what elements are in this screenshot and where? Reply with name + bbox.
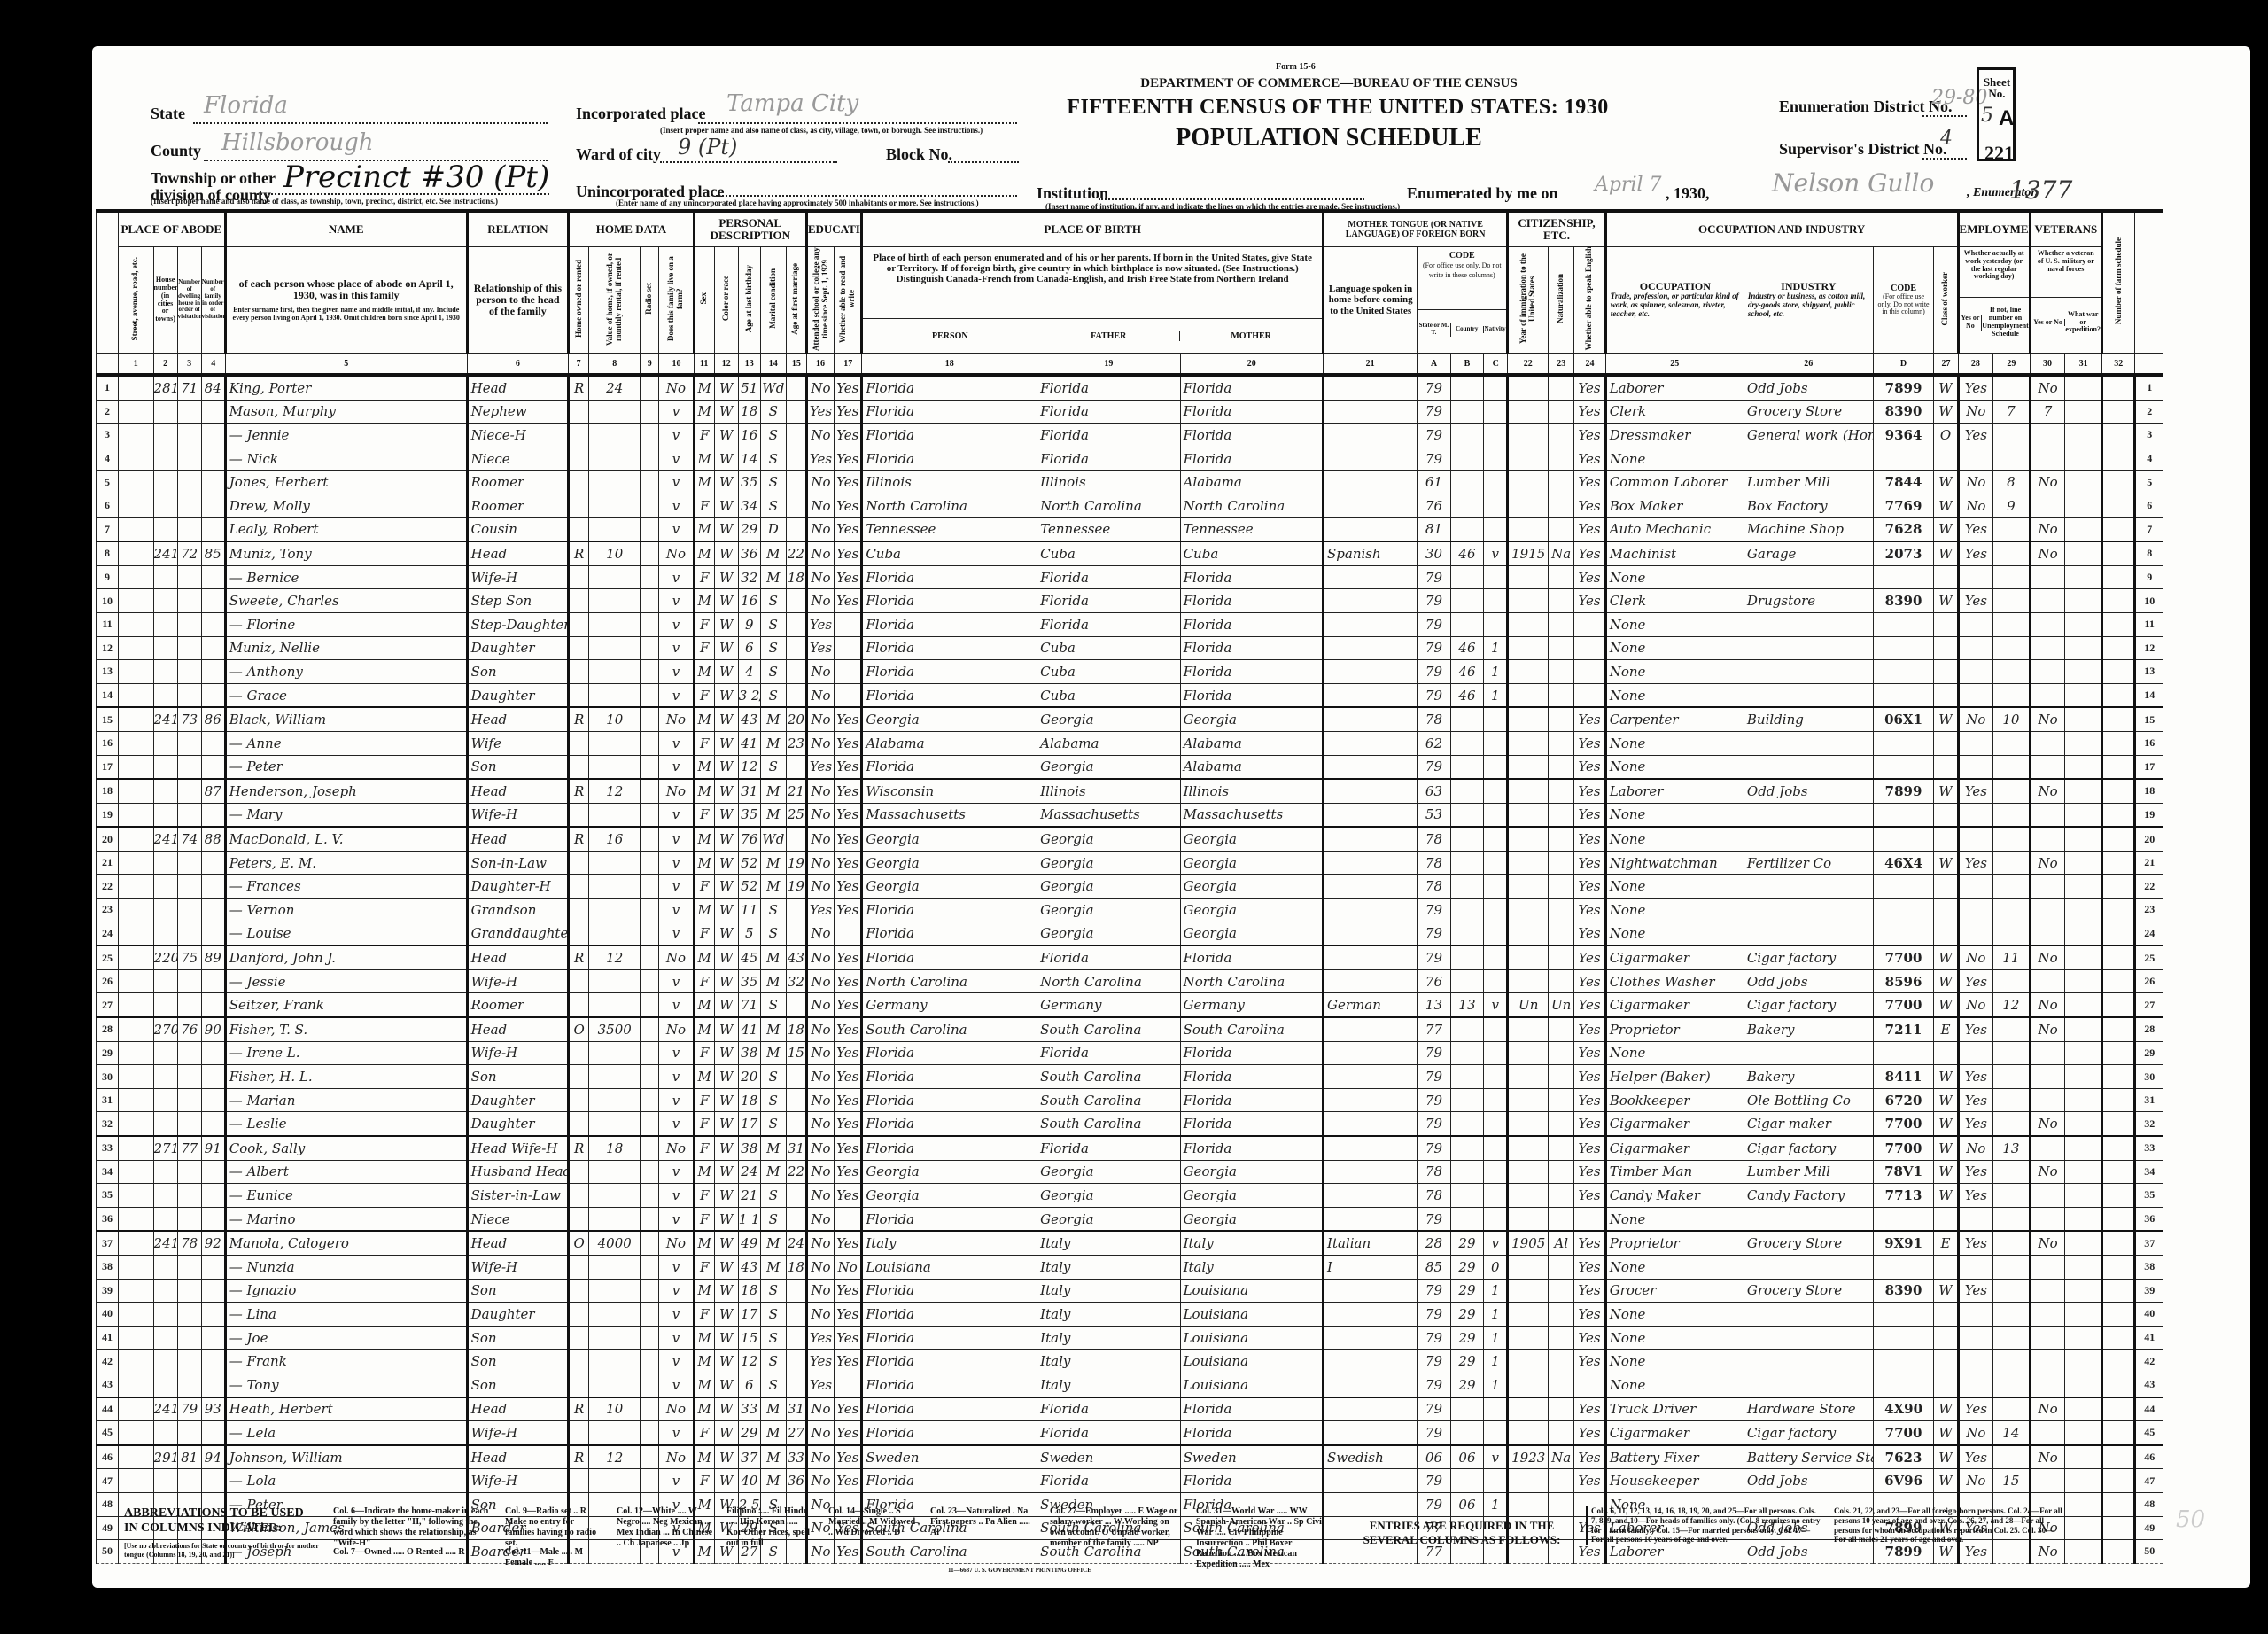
cell-emp-line bbox=[1993, 1279, 2031, 1303]
right-line-number: 44 bbox=[2135, 1397, 2163, 1421]
cell-radio bbox=[641, 779, 659, 803]
cell-family bbox=[201, 400, 225, 424]
cell-house bbox=[153, 803, 177, 827]
cell-owned: R bbox=[569, 779, 589, 803]
cell-name: — Anthony bbox=[225, 660, 467, 684]
cell-house bbox=[153, 1350, 177, 1373]
cell-language bbox=[1324, 612, 1417, 636]
cell-school: No bbox=[806, 1397, 834, 1421]
cell-mother: Alabama bbox=[1180, 731, 1323, 755]
cell-age-marriage bbox=[786, 755, 806, 779]
cell-language bbox=[1324, 1469, 1417, 1493]
cell-code-c: 1 bbox=[1484, 1303, 1508, 1327]
cell-class bbox=[1934, 565, 1958, 589]
cell-owned bbox=[569, 636, 589, 660]
age-first-marriage-header: Age at first marriage bbox=[791, 263, 800, 335]
cell-father: Georgia bbox=[1037, 922, 1180, 945]
radio-header: Radio set bbox=[645, 283, 654, 315]
cell-age: 18 bbox=[738, 1088, 760, 1112]
census-row: 26— JessieWife-HvFW35M32NoYesNorth Carol… bbox=[97, 969, 2163, 993]
cell-farm: v bbox=[659, 993, 695, 1017]
cell-immigration bbox=[1508, 1469, 1549, 1493]
cell-name: Black, William bbox=[225, 707, 467, 731]
cell-class: W bbox=[1934, 589, 1958, 613]
right-line-number: 19 bbox=[2135, 803, 2163, 827]
cell-sex: F bbox=[694, 1088, 714, 1112]
cell-read: Yes bbox=[835, 1445, 862, 1469]
cell-industry bbox=[1744, 731, 1873, 755]
cell-emp-line: 9 bbox=[1993, 494, 2031, 517]
cell-father: Italy bbox=[1037, 1279, 1180, 1303]
cell-sex: M bbox=[694, 471, 714, 494]
line-number: 4 bbox=[97, 447, 119, 471]
cell-immigration bbox=[1508, 375, 1549, 400]
cell-emp-line bbox=[1993, 660, 2031, 684]
farm-schedule-header: Number of farm schedule bbox=[2115, 237, 2124, 324]
cell-age: 35 bbox=[738, 803, 760, 827]
cell-naturalization bbox=[1549, 1160, 1574, 1184]
cell-farm-sched bbox=[2101, 1136, 2134, 1160]
cell-farm-sched bbox=[2101, 517, 2134, 541]
line-number: 21 bbox=[97, 851, 119, 875]
cell-owned bbox=[569, 993, 589, 1017]
cell-school: No bbox=[806, 660, 834, 684]
cell-name: Manola, Calogero bbox=[225, 1231, 467, 1255]
cell-age: 3 2/12 bbox=[738, 683, 760, 707]
col31-note: Col. 31—World War ..... WW Spanish-Ameri… bbox=[1196, 1506, 1329, 1570]
cell-dwelling bbox=[177, 1303, 201, 1327]
ward-line bbox=[660, 161, 837, 163]
cell-family bbox=[201, 875, 225, 899]
incorporated-line bbox=[698, 122, 1017, 124]
right-line-number: 11 bbox=[2135, 612, 2163, 636]
cell-father: Florida bbox=[1037, 565, 1180, 589]
cell-language bbox=[1324, 969, 1417, 993]
cell-dwelling bbox=[177, 683, 201, 707]
cell-farm: v bbox=[659, 494, 695, 517]
cell-age-marriage: 25 bbox=[786, 803, 806, 827]
cell-value bbox=[589, 1303, 641, 1327]
cell-street bbox=[118, 1017, 153, 1041]
line-number: 7 bbox=[97, 517, 119, 541]
cell-english: Yes bbox=[1574, 424, 1605, 447]
cell-race: W bbox=[714, 424, 738, 447]
cell-language bbox=[1324, 1303, 1417, 1327]
cell-vet-war bbox=[2065, 1136, 2102, 1160]
cell-dwelling bbox=[177, 993, 201, 1017]
line-number: 42 bbox=[97, 1350, 119, 1373]
cell-code-a: 78 bbox=[1417, 851, 1450, 875]
cell-code-c: 1 bbox=[1484, 683, 1508, 707]
cell-emp-line bbox=[1993, 875, 2031, 899]
cell-read: Yes bbox=[835, 1303, 862, 1327]
line-number: 31 bbox=[97, 1088, 119, 1112]
cell-birth: Georgia bbox=[862, 1184, 1037, 1208]
cell-language bbox=[1324, 424, 1417, 447]
cell-street bbox=[118, 731, 153, 755]
cell-vet: No bbox=[2030, 945, 2065, 969]
cell-family bbox=[201, 1350, 225, 1373]
cell-class: W bbox=[1934, 1445, 1958, 1469]
cell-vet-war bbox=[2065, 375, 2102, 400]
cell-age: 33 bbox=[738, 1397, 760, 1421]
cell-name: — Peter bbox=[225, 755, 467, 779]
cell-read: Yes bbox=[835, 1112, 862, 1136]
cell-class: W bbox=[1934, 400, 1958, 424]
cell-emp-line bbox=[1993, 1231, 2031, 1255]
cell-age-marriage bbox=[786, 1373, 806, 1397]
cell-vet bbox=[2030, 1373, 2065, 1397]
cell-value: 10 bbox=[589, 707, 641, 731]
cell-vet-war bbox=[2065, 1445, 2102, 1469]
cell-occupation: None bbox=[1605, 1350, 1744, 1373]
cell-farm-sched bbox=[2101, 875, 2134, 899]
cell-vet bbox=[2030, 1207, 2065, 1231]
cell-dwelling bbox=[177, 447, 201, 471]
line-number: 39 bbox=[97, 1279, 119, 1303]
cell-name: Fisher, H. L. bbox=[225, 1065, 467, 1089]
cell-name: Fisher, T. S. bbox=[225, 1017, 467, 1041]
cell-name: Sweete, Charles bbox=[225, 589, 467, 613]
cell-read bbox=[835, 683, 862, 707]
cell-naturalization bbox=[1549, 851, 1574, 875]
cell-naturalization: Na bbox=[1549, 541, 1574, 565]
cell-birth: Florida bbox=[862, 400, 1037, 424]
cell-naturalization: Na bbox=[1549, 1445, 1574, 1469]
cell-radio bbox=[641, 424, 659, 447]
cell-house bbox=[153, 589, 177, 613]
column-number: 29 bbox=[1993, 354, 2031, 376]
cell-read: Yes bbox=[835, 1184, 862, 1208]
war-header: What war or expedition? bbox=[2065, 311, 2101, 334]
cell-mother: Florida bbox=[1180, 1397, 1323, 1421]
line-number: 46 bbox=[97, 1445, 119, 1469]
cell-sex: M bbox=[694, 660, 714, 684]
cell-dwelling bbox=[177, 1065, 201, 1089]
cell-street bbox=[118, 1303, 153, 1327]
cell-emp bbox=[1958, 636, 1993, 660]
cell-birth: Georgia bbox=[862, 827, 1037, 851]
person-header: PERSON bbox=[863, 331, 1037, 341]
cell-naturalization bbox=[1549, 779, 1574, 803]
cell-read: Yes bbox=[835, 1326, 862, 1350]
cell-dwelling bbox=[177, 1350, 201, 1373]
cell-father: Florida bbox=[1037, 1397, 1180, 1421]
cell-naturalization bbox=[1549, 447, 1574, 471]
cell-marital: M bbox=[760, 875, 786, 899]
cell-farm: v bbox=[659, 471, 695, 494]
cell-dwelling bbox=[177, 1373, 201, 1397]
cell-emp-line bbox=[1993, 683, 2031, 707]
cell-occupation: Nightwatchman bbox=[1605, 851, 1744, 875]
cell-name: — Grace bbox=[225, 683, 467, 707]
cell-owned: R bbox=[569, 707, 589, 731]
sheet-side: A bbox=[1999, 106, 2014, 131]
cell-father: North Carolina bbox=[1037, 969, 1180, 993]
cell-occupation: Dressmaker bbox=[1605, 424, 1744, 447]
cell-industry: Odd Jobs bbox=[1744, 375, 1873, 400]
census-row: 16— AnneWifevFW41M23NoYesAlabamaAlabamaA… bbox=[97, 731, 2163, 755]
cell-house: 2917 bbox=[153, 1445, 177, 1469]
cell-read: Yes bbox=[835, 1160, 862, 1184]
cell-marital: S bbox=[760, 1303, 786, 1327]
cell-code-d: 8390 bbox=[1873, 589, 1934, 613]
cell-family bbox=[201, 899, 225, 922]
cell-industry: Cigar factory bbox=[1744, 993, 1873, 1017]
cell-street bbox=[118, 1184, 153, 1208]
cell-code-c bbox=[1484, 447, 1508, 471]
column-number: 10 bbox=[659, 354, 695, 376]
cell-age-marriage bbox=[786, 471, 806, 494]
cell-code-c: 1 bbox=[1484, 1373, 1508, 1397]
cell-occupation: None bbox=[1605, 447, 1744, 471]
cell-vet-war bbox=[2065, 1255, 2102, 1279]
census-row: 2522047589Danford, John J.HeadR12NoMW45M… bbox=[97, 945, 2163, 969]
cell-code-a: 79 bbox=[1417, 612, 1450, 636]
place-of-abode-header: PLACE OF ABODE bbox=[118, 211, 225, 247]
cell-value: 10 bbox=[589, 541, 641, 565]
cell-emp-line bbox=[1993, 827, 2031, 851]
cell-language bbox=[1324, 1184, 1417, 1208]
cell-street bbox=[118, 1255, 153, 1279]
cell-occupation: None bbox=[1605, 612, 1744, 636]
cell-family bbox=[201, 993, 225, 1017]
cell-age: 9 bbox=[738, 612, 760, 636]
cell-father: South Carolina bbox=[1037, 1017, 1180, 1041]
cell-code-d: 6V96 bbox=[1873, 1469, 1934, 1493]
cell-street bbox=[118, 993, 153, 1017]
unemployment-line-header: If not, line number on Unemployment Sche… bbox=[1982, 307, 2028, 338]
cell-dwelling bbox=[177, 779, 201, 803]
cell-value: 12 bbox=[589, 945, 641, 969]
employment-yes-no-header: Yes or No bbox=[1960, 315, 1983, 331]
cell-street bbox=[118, 1350, 153, 1373]
cell-code-c: 0 bbox=[1484, 1255, 1508, 1279]
cell-owned bbox=[569, 1041, 589, 1065]
cell-emp bbox=[1958, 1207, 1993, 1231]
cell-english: Yes bbox=[1574, 1160, 1605, 1184]
cell-emp bbox=[1958, 755, 1993, 779]
cell-class: W bbox=[1934, 1160, 1958, 1184]
cell-school: No bbox=[806, 1421, 834, 1445]
cell-age: 40 bbox=[738, 1469, 760, 1493]
cell-vet-war bbox=[2065, 779, 2102, 803]
cell-name: — Anne bbox=[225, 731, 467, 755]
cell-family bbox=[201, 1041, 225, 1065]
cell-vet bbox=[2030, 827, 2065, 851]
cell-age-marriage bbox=[786, 1112, 806, 1136]
cell-name: Johnson, William bbox=[225, 1445, 467, 1469]
right-line-col-header bbox=[2135, 211, 2163, 354]
cell-school: No bbox=[806, 1112, 834, 1136]
cell-vet: No bbox=[2030, 993, 2065, 1017]
cell-vet-war bbox=[2065, 683, 2102, 707]
right-line-number: 24 bbox=[2135, 922, 2163, 945]
unincorporated-note: (Enter name of any unincorporated place … bbox=[616, 198, 979, 207]
cell-house bbox=[153, 1112, 177, 1136]
cell-age-marriage bbox=[786, 1303, 806, 1327]
cell-english: Yes bbox=[1574, 1065, 1605, 1089]
cell-school: No bbox=[806, 1207, 834, 1231]
cell-code-d bbox=[1873, 660, 1934, 684]
cell-value bbox=[589, 875, 641, 899]
cell-vet-war bbox=[2065, 565, 2102, 589]
line-number: 17 bbox=[97, 755, 119, 779]
cell-marital: M bbox=[760, 779, 786, 803]
cell-occupation: Timber Man bbox=[1605, 1160, 1744, 1184]
cell-sex: M bbox=[694, 1445, 714, 1469]
cell-sex: M bbox=[694, 755, 714, 779]
cell-industry: Cigar factory bbox=[1744, 1136, 1873, 1160]
cell-age: 36 bbox=[738, 541, 760, 565]
right-line-number: 31 bbox=[2135, 1088, 2163, 1112]
right-line-number: 22 bbox=[2135, 875, 2163, 899]
cell-language bbox=[1324, 731, 1417, 755]
cell-family bbox=[201, 447, 225, 471]
cell-family: 94 bbox=[201, 1445, 225, 1469]
cell-relation: Head bbox=[467, 541, 569, 565]
cell-mother: Georgia bbox=[1180, 1160, 1323, 1184]
cell-owned bbox=[569, 447, 589, 471]
cell-farm-sched bbox=[2101, 1041, 2134, 1065]
right-line-number: 33 bbox=[2135, 1136, 2163, 1160]
veterans-header: VETERANS bbox=[2030, 211, 2101, 247]
cell-dwelling bbox=[177, 1207, 201, 1231]
cell-race: W bbox=[714, 1373, 738, 1397]
cell-race: W bbox=[714, 1421, 738, 1445]
cell-emp-line bbox=[1993, 1255, 2031, 1279]
cell-birth: Georgia bbox=[862, 707, 1037, 731]
cell-father: Tennessee bbox=[1037, 517, 1180, 541]
cell-emp-line bbox=[1993, 612, 2031, 636]
cell-race: W bbox=[714, 447, 738, 471]
cell-father: Alabama bbox=[1037, 731, 1180, 755]
column-number: 19 bbox=[1037, 354, 1180, 376]
cell-code-a: 53 bbox=[1417, 803, 1450, 827]
cell-immigration bbox=[1508, 400, 1549, 424]
cell-dwelling bbox=[177, 755, 201, 779]
cell-occupation: Truck Driver bbox=[1605, 1397, 1744, 1421]
cell-class bbox=[1934, 922, 1958, 945]
cell-age: 49 bbox=[738, 1231, 760, 1255]
cell-vet-war bbox=[2065, 1469, 2102, 1493]
cell-street bbox=[118, 1397, 153, 1421]
cell-code-c bbox=[1484, 1421, 1508, 1445]
cell-value bbox=[589, 731, 641, 755]
cell-relation: Son bbox=[467, 1373, 569, 1397]
cell-code-c bbox=[1484, 424, 1508, 447]
cell-relation: Son bbox=[467, 1279, 569, 1303]
cell-code-a: 79 bbox=[1417, 945, 1450, 969]
cell-code-d: 7769 bbox=[1873, 494, 1934, 517]
block-label: Block No. bbox=[886, 145, 952, 164]
cell-vet bbox=[2030, 589, 2065, 613]
cell-english: Yes bbox=[1574, 755, 1605, 779]
cell-street bbox=[118, 636, 153, 660]
cell-code-b bbox=[1450, 589, 1483, 613]
cell-farm: v bbox=[659, 1469, 695, 1493]
cell-value bbox=[589, 424, 641, 447]
cell-occupation: None bbox=[1605, 827, 1744, 851]
cell-marital: S bbox=[760, 1065, 786, 1089]
cell-vet-war bbox=[2065, 945, 2102, 969]
cell-naturalization bbox=[1549, 1373, 1574, 1397]
cell-value bbox=[589, 1112, 641, 1136]
cell-code-d: 7700 bbox=[1873, 945, 1934, 969]
cell-immigration bbox=[1508, 1303, 1549, 1327]
cell-code-c bbox=[1484, 875, 1508, 899]
cell-birth: Wisconsin bbox=[862, 779, 1037, 803]
cell-house bbox=[153, 875, 177, 899]
cell-sex: F bbox=[694, 1255, 714, 1279]
cell-school: No bbox=[806, 541, 834, 565]
cell-farm-sched bbox=[2101, 731, 2134, 755]
cell-vet-war bbox=[2065, 875, 2102, 899]
column-number: 30 bbox=[2030, 354, 2065, 376]
cell-immigration: Un bbox=[1508, 993, 1549, 1017]
column-number: 2 bbox=[153, 354, 177, 376]
cell-value bbox=[589, 1279, 641, 1303]
cell-house bbox=[153, 1065, 177, 1089]
cell-family bbox=[201, 494, 225, 517]
cell-class: E bbox=[1934, 1231, 1958, 1255]
cell-vet bbox=[2030, 1326, 2065, 1350]
cell-marital: S bbox=[760, 899, 786, 922]
cell-code-d bbox=[1873, 612, 1934, 636]
cell-dwelling bbox=[177, 1326, 201, 1350]
census-row: 47— LolaWife-HvFW40M36NoYesFloridaFlorid… bbox=[97, 1469, 2163, 1493]
cell-school: No bbox=[806, 1445, 834, 1469]
line-number: 10 bbox=[97, 589, 119, 613]
cell-read: Yes bbox=[835, 1350, 862, 1373]
cell-mother: Florida bbox=[1180, 424, 1323, 447]
cell-age: 29 bbox=[738, 517, 760, 541]
cell-owned bbox=[569, 875, 589, 899]
line-number: 23 bbox=[97, 899, 119, 922]
cell-read: Yes bbox=[835, 375, 862, 400]
cell-radio bbox=[641, 803, 659, 827]
cell-relation: Daughter bbox=[467, 1088, 569, 1112]
cell-emp-line: 14 bbox=[1993, 1421, 2031, 1445]
cell-farm: v bbox=[659, 803, 695, 827]
cell-english: Yes bbox=[1574, 1326, 1605, 1350]
cell-relation: Wife-H bbox=[467, 565, 569, 589]
cell-emp-line: 13 bbox=[1993, 1136, 2031, 1160]
cell-family bbox=[201, 565, 225, 589]
cell-vet-war bbox=[2065, 969, 2102, 993]
cell-dwelling bbox=[177, 851, 201, 875]
cell-radio bbox=[641, 400, 659, 424]
cell-school: No bbox=[806, 1303, 834, 1327]
cell-age-marriage bbox=[786, 612, 806, 636]
cell-read: Yes bbox=[835, 731, 862, 755]
cell-house bbox=[153, 1469, 177, 1493]
cell-code-c bbox=[1484, 565, 1508, 589]
census-row: 42— FrankSonvMW12SYesYesFloridaItalyLoui… bbox=[97, 1350, 2163, 1373]
line-number: 38 bbox=[97, 1255, 119, 1279]
cell-language bbox=[1324, 494, 1417, 517]
cell-race: W bbox=[714, 494, 738, 517]
cell-english bbox=[1574, 1373, 1605, 1397]
cell-street bbox=[118, 471, 153, 494]
cell-occupation: Common Laborer bbox=[1605, 471, 1744, 494]
cell-name: — Nunzia bbox=[225, 1255, 467, 1279]
cell-emp-line bbox=[1993, 1112, 2031, 1136]
cell-code-b bbox=[1450, 969, 1483, 993]
cell-farm-sched bbox=[2101, 683, 2134, 707]
right-line-number: 5 bbox=[2135, 471, 2163, 494]
cell-mother: Florida bbox=[1180, 612, 1323, 636]
